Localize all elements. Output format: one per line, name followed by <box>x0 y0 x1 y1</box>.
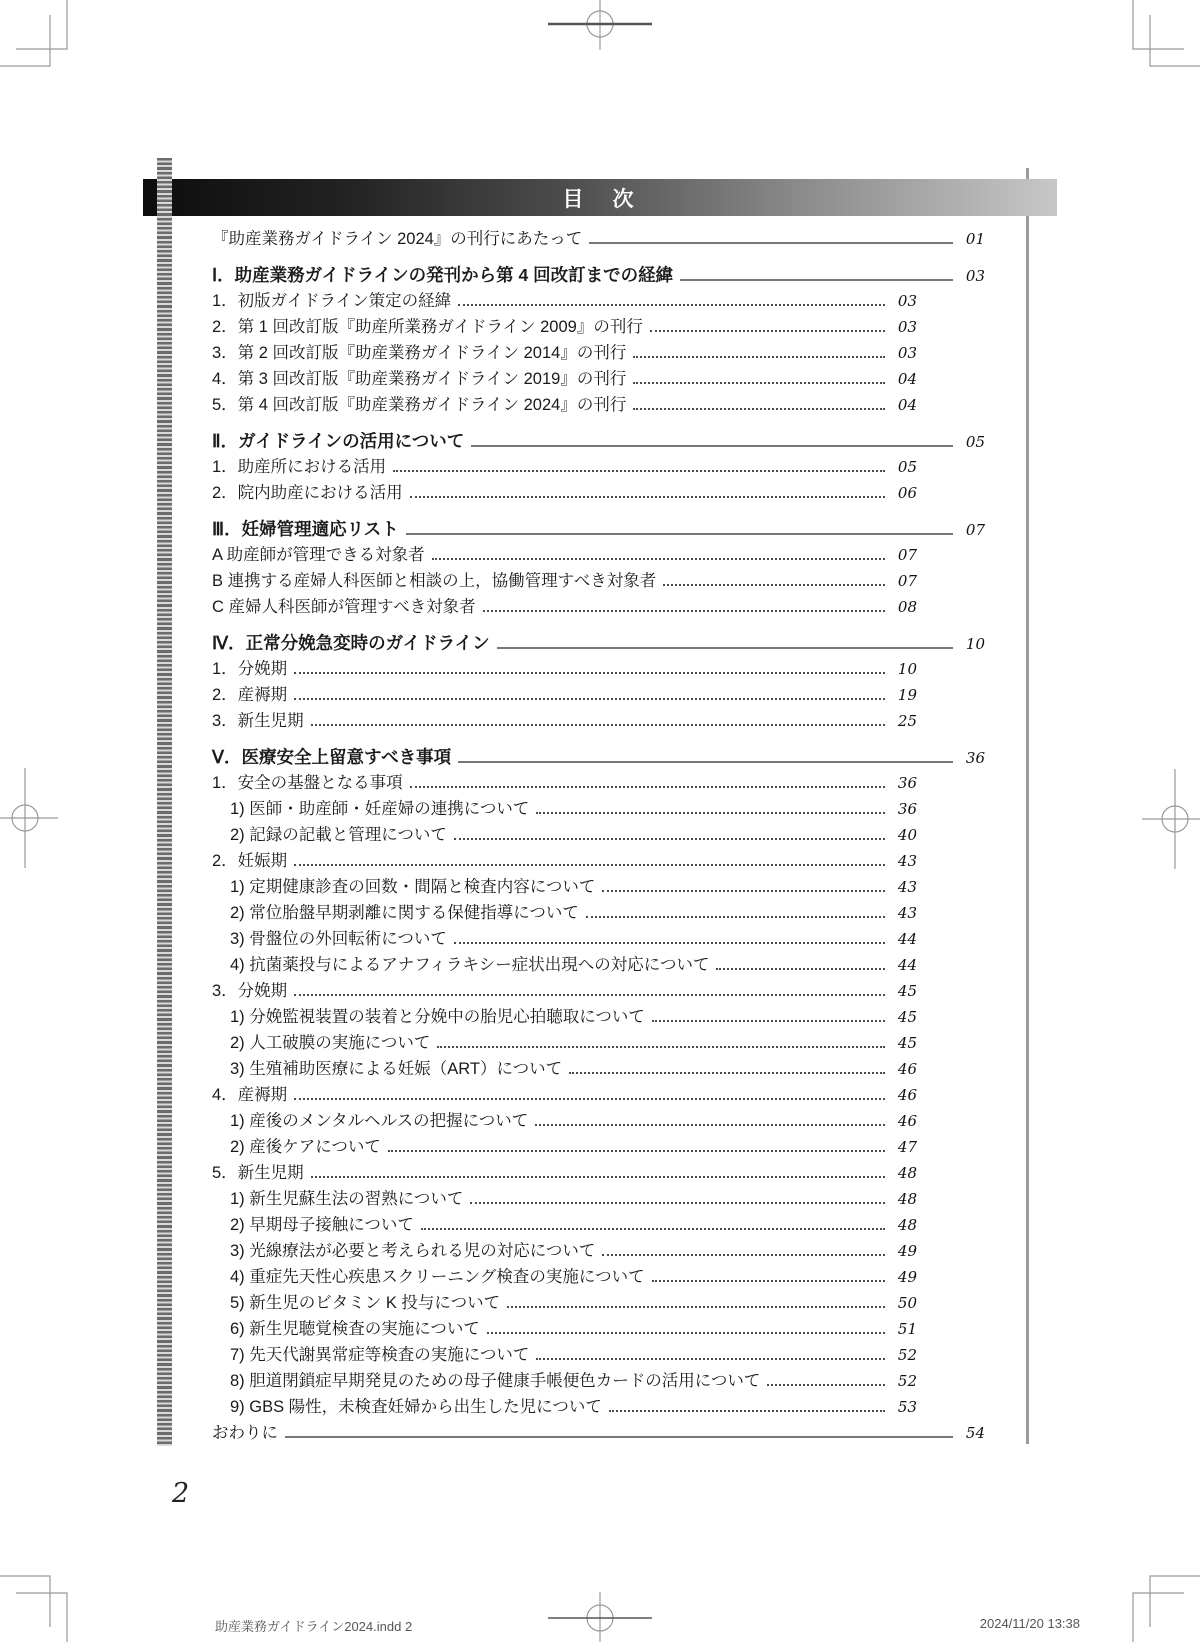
toc-entry-label: B 連携する産婦人科医師と相談の上，協働管理すべき対象者 <box>212 568 656 594</box>
toc-leader-line <box>458 304 885 306</box>
toc-entry-label: 5) 新生児のビタミン K 投与について <box>212 1290 500 1316</box>
toc-leader-line <box>652 1280 885 1282</box>
toc-entry: 4．第 3 回改訂版『助産業務ガイドライン 2019』の刊行04 <box>212 366 985 392</box>
toc-entry-label: 2) 早期母子接触について <box>212 1212 414 1238</box>
toc-leader-line <box>388 1150 885 1152</box>
toc-entry-label: 4．産褥期 <box>212 1082 287 1108</box>
toc-leader-line <box>650 330 885 332</box>
toc-page-ref: 43 <box>891 874 917 900</box>
toc-entry-label: 2．第 1 回改訂版『助産所業務ガイドライン 2009』の刊行 <box>212 314 643 340</box>
toc-entry: Ⅱ．ガイドラインの活用について05 <box>212 428 985 454</box>
toc-leader-line <box>458 761 953 763</box>
toc-page-ref: 46 <box>891 1108 917 1134</box>
toc-entry: B 連携する産婦人科医師と相談の上，協働管理すべき対象者07 <box>212 568 985 594</box>
toc-page-ref: 36 <box>959 745 985 771</box>
toc-entry-label: 5．新生児期 <box>212 1160 304 1186</box>
toc-entry: 1) 定期健康診査の回数・間隔と検査内容について43 <box>212 874 985 900</box>
toc-title: 目 次 <box>563 183 638 213</box>
toc-entry-label: 4) 重症先天性心疾患スクリーニング検査の実施について <box>212 1264 645 1290</box>
toc-entry: 3．新生児期25 <box>212 708 985 734</box>
toc-entry: 『助産業務ガイドライン 2024』の刊行にあたって01 <box>212 226 985 252</box>
toc-leader-line <box>633 408 885 410</box>
toc-leader-line <box>437 1046 885 1048</box>
toc-entry: 1．安全の基盤となる事項36 <box>212 770 985 796</box>
toc-page-ref: 36 <box>891 796 917 822</box>
toc-leader-line <box>406 533 953 535</box>
right-margin-rule <box>1026 168 1029 1444</box>
toc-entry-label: 3) 骨盤位の外回転術について <box>212 926 447 952</box>
toc-page-ref: 53 <box>891 1394 917 1420</box>
toc-entry-label: C 産婦人科医師が管理すべき対象者 <box>212 594 476 620</box>
toc-entry-label: 2) 常位胎盤早期剥離に関する保健指導について <box>212 900 579 926</box>
toc-entry-label: 6) 新生児聴覚検査の実施について <box>212 1316 480 1342</box>
toc-list: 『助産業務ガイドライン 2024』の刊行にあたって01Ⅰ．助産業務ガイドラインの… <box>212 226 985 1446</box>
toc-page-ref: 03 <box>891 314 917 340</box>
toc-page-ref: 47 <box>891 1134 917 1160</box>
toc-entry: 2．妊娠期43 <box>212 848 985 874</box>
toc-page-ref: 44 <box>891 926 917 952</box>
toc-entry: 3) 生殖補助医療による妊娠（ART）について46 <box>212 1056 985 1082</box>
toc-leader-line <box>421 1228 885 1230</box>
toc-page-ref: 03 <box>959 263 985 289</box>
toc-leader-line <box>609 1410 885 1412</box>
toc-entry: 1．助産所における活用05 <box>212 454 985 480</box>
toc-entry: C 産婦人科医師が管理すべき対象者08 <box>212 594 985 620</box>
toc-leader-line <box>311 724 885 726</box>
toc-leader-line <box>294 698 885 700</box>
toc-entry-label: 1．分娩期 <box>212 656 287 682</box>
toc-leader-line <box>294 994 885 996</box>
toc-page-ref: 08 <box>891 594 917 620</box>
toc-entry-label: 3) 生殖補助医療による妊娠（ART）について <box>212 1056 562 1082</box>
toc-leader-line <box>497 647 953 649</box>
toc-entry: 3) 光線療法が必要と考えられる児の対応について49 <box>212 1238 985 1264</box>
toc-entry: 2．第 1 回改訂版『助産所業務ガイドライン 2009』の刊行03 <box>212 314 985 340</box>
toc-entry: Ⅳ．正常分娩急変時のガイドライン10 <box>212 630 985 656</box>
toc-entry-label: おわりに <box>212 1420 278 1446</box>
toc-entry-label: 3) 光線療法が必要と考えられる児の対応について <box>212 1238 595 1264</box>
toc-entry-label: 1) 新生児蘇生法の習熟について <box>212 1186 463 1212</box>
toc-entry-label: 2．院内助産における活用 <box>212 480 403 506</box>
toc-entry: 1) 分娩監視装置の装着と分娩中の胎児心拍聴取について45 <box>212 1004 985 1030</box>
toc-entry-label: 3．第 2 回改訂版『助産業務ガイドライン 2014』の刊行 <box>212 340 626 366</box>
toc-entry: 3．分娩期45 <box>212 978 985 1004</box>
toc-entry-label: 1．助産所における活用 <box>212 454 386 480</box>
toc-page-ref: 43 <box>891 848 917 874</box>
toc-entry: Ⅴ．医療安全上留意すべき事項36 <box>212 744 985 770</box>
toc-page-ref: 48 <box>891 1186 917 1212</box>
toc-entry-label: 1．安全の基盤となる事項 <box>212 770 403 796</box>
toc-page-ref: 03 <box>891 340 917 366</box>
toc-leader-line <box>633 356 885 358</box>
toc-entry: 2) 記録の記載と管理について40 <box>212 822 985 848</box>
toc-leader-line <box>602 1254 885 1256</box>
toc-entry-label: Ⅲ．妊婦管理適応リスト <box>212 516 399 542</box>
toc-leader-line <box>507 1306 885 1308</box>
toc-entry-label: 2) 記録の記載と管理について <box>212 822 447 848</box>
page-number: 2 <box>172 1478 189 1509</box>
toc-page-ref: 07 <box>891 568 917 594</box>
toc-page-ref: 01 <box>959 226 985 252</box>
toc-entry-label: 2．産褥期 <box>212 682 287 708</box>
toc-entry: 9) GBS 陽性，未検査妊婦から出生した児について53 <box>212 1394 985 1420</box>
toc-entry-label: 1) 定期健康診査の回数・間隔と検査内容について <box>212 874 595 900</box>
toc-entry: 3．第 2 回改訂版『助産業務ガイドライン 2014』の刊行03 <box>212 340 985 366</box>
toc-entry-label: 5．第 4 回改訂版『助産業務ガイドライン 2024』の刊行 <box>212 392 626 418</box>
toc-entry: 7) 先天代謝異常症等検査の実施について52 <box>212 1342 985 1368</box>
toc-entry: Ⅲ．妊婦管理適応リスト07 <box>212 516 985 542</box>
toc-page-ref: 46 <box>891 1056 917 1082</box>
toc-entry-label: 4) 抗菌薬投与によるアナフィラキシー症状出現への対応について <box>212 952 709 978</box>
toc-header-bar: 目 次 <box>143 179 1057 216</box>
toc-entry-label: 2) 人工破膜の実施について <box>212 1030 430 1056</box>
toc-leader-line <box>767 1384 885 1386</box>
footer-timestamp: 2024/11/20 13:38 <box>0 1616 1080 1631</box>
toc-page-ref: 19 <box>891 682 917 708</box>
toc-page-ref: 25 <box>891 708 917 734</box>
toc-leader-line <box>454 838 885 840</box>
toc-entry-label: Ⅳ．正常分娩急変時のガイドライン <box>212 630 490 656</box>
toc-page-ref: 03 <box>891 288 917 314</box>
toc-entry-label: Ⅱ．ガイドラインの活用について <box>212 428 464 454</box>
toc-page-ref: 51 <box>891 1316 917 1342</box>
toc-page-ref: 40 <box>891 822 917 848</box>
toc-entry: 2) 人工破膜の実施について45 <box>212 1030 985 1056</box>
toc-page-ref: 45 <box>891 978 917 1004</box>
toc-page-ref: 45 <box>891 1004 917 1030</box>
toc-leader-line <box>470 1202 885 1204</box>
toc-page-ref: 48 <box>891 1160 917 1186</box>
toc-leader-line <box>633 382 885 384</box>
toc-leader-line <box>311 1176 885 1178</box>
toc-leader-line <box>569 1072 885 1074</box>
toc-page-ref: 48 <box>891 1212 917 1238</box>
toc-page-ref: 52 <box>891 1342 917 1368</box>
toc-leader-line <box>663 584 885 586</box>
toc-entry-label: 1) 医師・助産師・妊産婦の連携について <box>212 796 529 822</box>
toc-page-ref: 43 <box>891 900 917 926</box>
toc-leader-line <box>393 470 885 472</box>
toc-entry-label: 2) 産後ケアについて <box>212 1134 381 1160</box>
toc-leader-line <box>294 672 885 674</box>
toc-page-ref: 50 <box>891 1290 917 1316</box>
toc-entry: 6) 新生児聴覚検査の実施について51 <box>212 1316 985 1342</box>
toc-leader-line <box>487 1332 885 1334</box>
toc-page-ref: 46 <box>891 1082 917 1108</box>
toc-page-ref: 49 <box>891 1238 917 1264</box>
toc-leader-line <box>483 610 885 612</box>
toc-page-ref: 04 <box>891 366 917 392</box>
toc-entry-label: 3．分娩期 <box>212 978 287 1004</box>
toc-entry: 1) 新生児蘇生法の習熟について48 <box>212 1186 985 1212</box>
toc-page-ref: 06 <box>891 480 917 506</box>
toc-entry-label: Ⅰ．助産業務ガイドラインの発刊から第 4 回改訂までの経緯 <box>212 262 673 288</box>
toc-entry-label: 7) 先天代謝異常症等検査の実施について <box>212 1342 529 1368</box>
toc-page-ref: 45 <box>891 1030 917 1056</box>
toc-leader-line <box>294 864 885 866</box>
toc-leader-line <box>680 279 953 281</box>
toc-entry: 3) 骨盤位の外回転術について44 <box>212 926 985 952</box>
toc-leader-line <box>410 786 885 788</box>
toc-entry: 4．産褥期46 <box>212 1082 985 1108</box>
toc-entry: 2) 常位胎盤早期剥離に関する保健指導について43 <box>212 900 985 926</box>
toc-entry: 5．新生児期48 <box>212 1160 985 1186</box>
toc-leader-line <box>589 242 953 244</box>
toc-page-ref: 05 <box>891 454 917 480</box>
toc-leader-line <box>602 890 885 892</box>
toc-entry: Ⅰ．助産業務ガイドラインの発刊から第 4 回改訂までの経緯03 <box>212 262 985 288</box>
toc-leader-line <box>716 968 885 970</box>
toc-entry: 5) 新生児のビタミン K 投与について50 <box>212 1290 985 1316</box>
toc-entry: 2．産褥期19 <box>212 682 985 708</box>
toc-entry: 1) 医師・助産師・妊産婦の連携について36 <box>212 796 985 822</box>
toc-page-ref: 44 <box>891 952 917 978</box>
toc-entry: 2．院内助産における活用06 <box>212 480 985 506</box>
toc-leader-line <box>285 1436 953 1438</box>
toc-entry: 4) 抗菌薬投与によるアナフィラキシー症状出現への対応について44 <box>212 952 985 978</box>
toc-page-ref: 10 <box>891 656 917 682</box>
toc-leader-line <box>471 445 953 447</box>
toc-entry-label: 1) 分娩監視装置の装着と分娩中の胎児心拍聴取について <box>212 1004 645 1030</box>
toc-entry: 8) 胆道閉鎖症早期発見のための母子健康手帳便色カードの活用について52 <box>212 1368 985 1394</box>
toc-leader-line <box>535 1124 885 1126</box>
toc-page-ref: 07 <box>959 517 985 543</box>
toc-page-ref: 36 <box>891 770 917 796</box>
grayscale-calibration-strip <box>157 158 172 1446</box>
toc-entry: 1) 産後のメンタルヘルスの把握について46 <box>212 1108 985 1134</box>
toc-page-ref: 05 <box>959 429 985 455</box>
toc-page-ref: 49 <box>891 1264 917 1290</box>
toc-entry: おわりに54 <box>212 1420 985 1446</box>
toc-leader-line <box>410 496 885 498</box>
toc-entry-label: A 助産師が管理できる対象者 <box>212 542 425 568</box>
toc-entry: 2) 早期母子接触について48 <box>212 1212 985 1238</box>
toc-entry-label: 9) GBS 陽性，未検査妊婦から出生した児について <box>212 1394 602 1420</box>
toc-page-ref: 04 <box>891 392 917 418</box>
toc-leader-line <box>586 916 885 918</box>
toc-entry-label: 8) 胆道閉鎖症早期発見のための母子健康手帳便色カードの活用について <box>212 1368 760 1394</box>
toc-entry: 5．第 4 回改訂版『助産業務ガイドライン 2024』の刊行04 <box>212 392 985 418</box>
toc-entry-label: Ⅴ．医療安全上留意すべき事項 <box>212 744 451 770</box>
toc-entry: 4) 重症先天性心疾患スクリーニング検査の実施について49 <box>212 1264 985 1290</box>
toc-entry: 1．初版ガイドライン策定の経緯03 <box>212 288 985 314</box>
toc-entry-label: 1) 産後のメンタルヘルスの把握について <box>212 1108 528 1134</box>
toc-entry-label: 3．新生児期 <box>212 708 304 734</box>
toc-leader-line <box>454 942 885 944</box>
toc-entry-label: 2．妊娠期 <box>212 848 287 874</box>
toc-entry-label: 4．第 3 回改訂版『助産業務ガイドライン 2019』の刊行 <box>212 366 626 392</box>
toc-entry: 1．分娩期10 <box>212 656 985 682</box>
toc-entry: 2) 産後ケアについて47 <box>212 1134 985 1160</box>
toc-entry-label: 1．初版ガイドライン策定の経緯 <box>212 288 451 314</box>
toc-leader-line <box>536 1358 885 1360</box>
toc-page-ref: 07 <box>891 542 917 568</box>
toc-leader-line <box>652 1020 885 1022</box>
toc-entry-label: 『助産業務ガイドライン 2024』の刊行にあたって <box>212 226 582 252</box>
toc-page-ref: 10 <box>959 631 985 657</box>
toc-page-ref: 52 <box>891 1368 917 1394</box>
toc-leader-line <box>536 812 885 814</box>
toc-leader-line <box>432 558 885 560</box>
toc-leader-line <box>294 1098 885 1100</box>
toc-page-ref: 54 <box>959 1420 985 1446</box>
toc-entry: A 助産師が管理できる対象者07 <box>212 542 985 568</box>
